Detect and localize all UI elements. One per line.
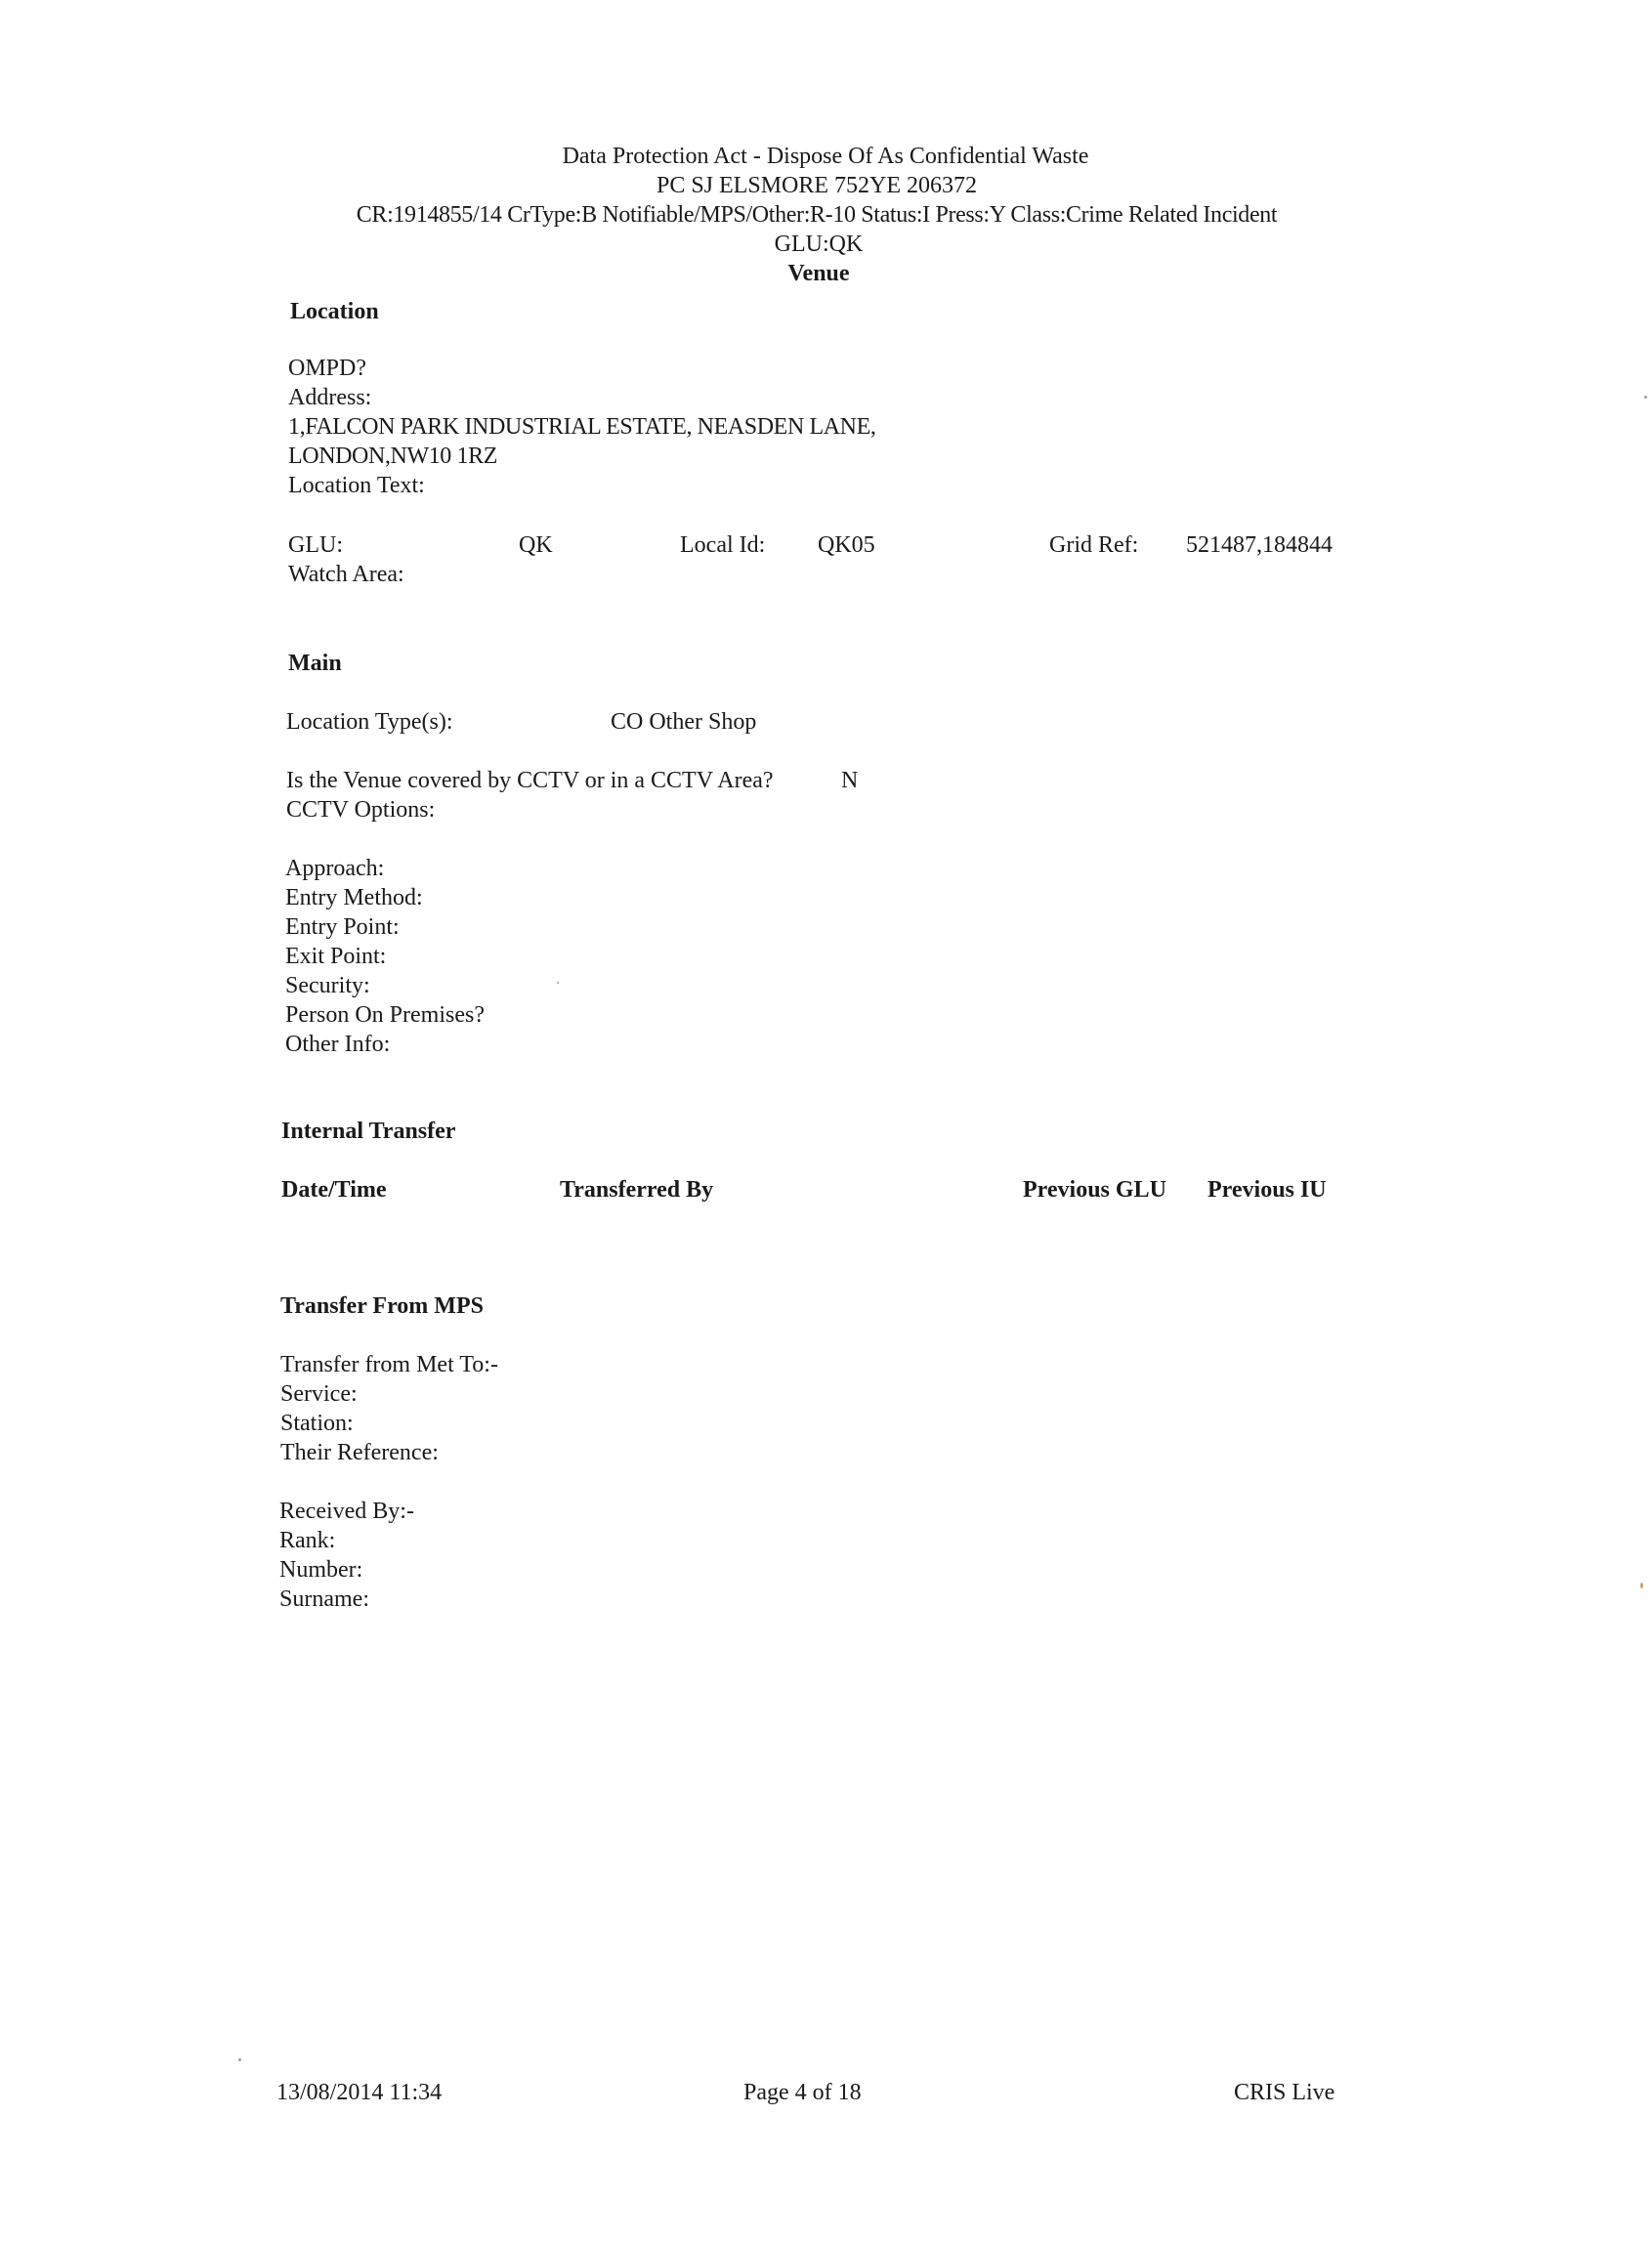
surname-label: Surname: bbox=[279, 1585, 414, 1614]
column-header-previous-iu: Previous IU bbox=[1207, 1175, 1327, 1205]
received-by-list: Received By:- Rank: Number: Surname: bbox=[279, 1497, 414, 1614]
scan-speck bbox=[1640, 1583, 1643, 1588]
local-id-value: QK05 bbox=[818, 530, 875, 560]
location-text-label: Location Text: bbox=[288, 471, 875, 500]
number-label: Number: bbox=[279, 1555, 414, 1585]
location-types-value: CO Other Shop bbox=[611, 707, 756, 737]
scan-speck bbox=[238, 2058, 241, 2061]
address-line-2: LONDON,NW10 1RZ bbox=[288, 442, 875, 471]
entry-point-label: Entry Point: bbox=[285, 912, 485, 942]
received-by-label: Received By:- bbox=[279, 1497, 414, 1526]
local-id-label: Local Id: bbox=[680, 530, 765, 560]
location-address-block: OMPD? Address: 1,FALCON PARK INDUSTRIAL … bbox=[288, 354, 875, 500]
main-heading: Main bbox=[288, 649, 342, 678]
column-header-transferred-by: Transferred By bbox=[560, 1175, 713, 1205]
crime-reference-line: CR:1914855/14 CrType:B Notifiable/MPS/Ot… bbox=[357, 200, 1277, 230]
approach-label: Approach: bbox=[285, 854, 485, 883]
rank-label: Rank: bbox=[279, 1526, 414, 1555]
station-label: Station: bbox=[280, 1409, 498, 1438]
cctv-answer: N bbox=[841, 766, 858, 795]
cctv-options-label: CCTV Options: bbox=[286, 795, 435, 825]
scan-speck bbox=[557, 982, 559, 984]
location-types-label: Location Type(s): bbox=[286, 707, 453, 737]
glu-value: QK bbox=[519, 530, 553, 560]
column-header-previous-glu: Previous GLU bbox=[1023, 1175, 1166, 1205]
glu-label: GLU: bbox=[288, 530, 343, 560]
location-heading: Location bbox=[290, 297, 379, 326]
glu-line: GLU:QK bbox=[775, 230, 864, 259]
page-number: Page 4 of 18 bbox=[743, 2078, 862, 2107]
transfer-destination-list: Transfer from Met To:- Service: Station:… bbox=[280, 1350, 498, 1467]
scan-speck bbox=[1644, 396, 1647, 399]
security-label: Security: bbox=[285, 971, 485, 1000]
column-header-date-time: Date/Time bbox=[281, 1175, 387, 1205]
other-info-label: Other Info: bbox=[285, 1030, 485, 1059]
entry-details-list: Approach: Entry Method: Entry Point: Exi… bbox=[285, 854, 485, 1059]
entry-method-label: Entry Method: bbox=[285, 883, 485, 912]
system-name: CRIS Live bbox=[1234, 2078, 1334, 2107]
transfer-from-mps-heading: Transfer From MPS bbox=[280, 1291, 484, 1321]
their-reference-label: Their Reference: bbox=[280, 1438, 498, 1467]
transfer-from-met-to-label: Transfer from Met To:- bbox=[280, 1350, 498, 1379]
exit-point-label: Exit Point: bbox=[285, 942, 485, 971]
watch-area-label: Watch Area: bbox=[288, 560, 404, 589]
cctv-question: Is the Venue covered by CCTV or in a CCT… bbox=[286, 766, 774, 795]
address-line-1: 1,FALCON PARK INDUSTRIAL ESTATE, NEASDEN… bbox=[288, 412, 875, 442]
officer-line: PC SJ ELSMORE 752YE 206372 bbox=[657, 171, 977, 200]
service-label: Service: bbox=[280, 1379, 498, 1409]
print-datetime: 13/08/2014 11:34 bbox=[276, 2078, 442, 2107]
grid-ref-label: Grid Ref: bbox=[1049, 530, 1138, 560]
address-label: Address: bbox=[288, 383, 875, 412]
page-title: Venue bbox=[787, 259, 849, 288]
person-on-premises-label: Person On Premises? bbox=[285, 1000, 485, 1030]
ompd-label: OMPD? bbox=[288, 354, 875, 383]
confidentiality-notice: Data Protection Act - Dispose Of As Conf… bbox=[563, 142, 1089, 171]
grid-ref-value: 521487,184844 bbox=[1186, 530, 1333, 560]
internal-transfer-heading: Internal Transfer bbox=[281, 1117, 455, 1146]
